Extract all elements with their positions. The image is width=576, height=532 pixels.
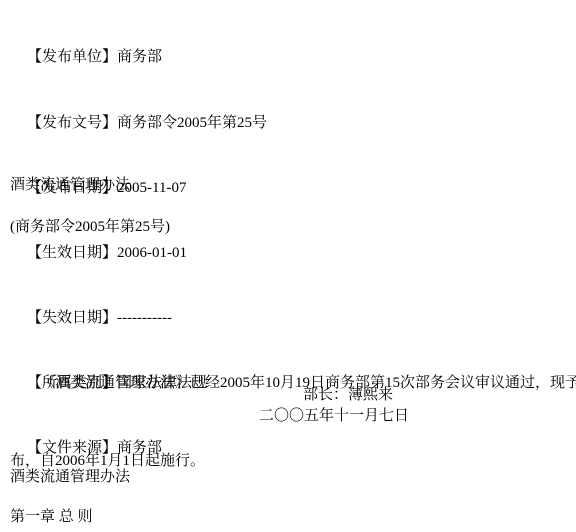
metadata-label: 【发布文号】 [27, 115, 117, 131]
metadata-row-document-number: 【发布文号】商务部令2005年第25号 [27, 113, 267, 135]
metadata-value: 商务部令2005年第25号 [117, 115, 267, 131]
document-page: 【发布单位】商务部 【发布文号】商务部令2005年第25号 【发布日期】2005… [0, 0, 576, 532]
signature-date: 二〇〇五年十一月七日 [259, 405, 409, 427]
metadata-row-issuing-unit: 【发布单位】商务部 [27, 47, 267, 69]
metadata-label: 【生效日期】 [27, 245, 117, 261]
decree-number: (商务部令2005年第25号) [10, 216, 170, 238]
metadata-row-effective-date: 【生效日期】2006-01-01 [27, 243, 267, 265]
section-title: 酒类流通管理办法 [10, 466, 130, 488]
metadata-value: 商务部 [117, 49, 162, 65]
signature-signer: 部长：薄熙来 [303, 384, 393, 406]
metadata-value: 2006-01-01 [117, 245, 187, 261]
announcement-line: 《酒类流通管理办法》已经2005年10月19日商务部第15次部务会议审议通过，现… [10, 370, 576, 396]
metadata-label: 【发布单位】 [27, 49, 117, 65]
document-title: 酒类流通管理办法 [10, 174, 130, 196]
chapter-heading: 第一章 总 则 [10, 506, 93, 528]
